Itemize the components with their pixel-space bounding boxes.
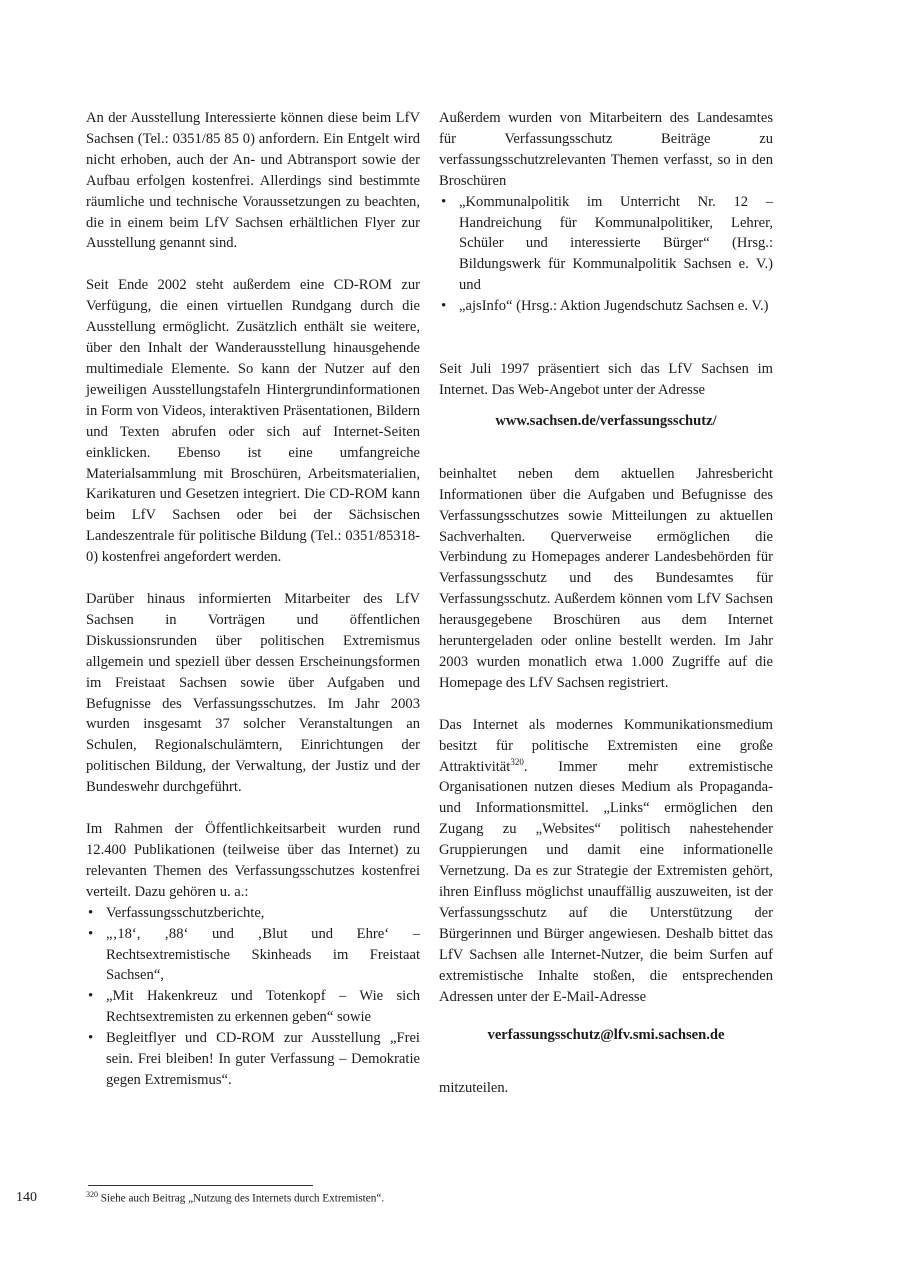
publications-list: Verfassungsschutzberichte, „‚18‘, ‚88‘ u… xyxy=(86,903,420,1091)
paragraph-text: . Immer mehr extremistische Organisation… xyxy=(439,759,773,1005)
paragraph-publications: Im Rahmen der Öffentlichkeitsarbeit wurd… xyxy=(86,819,420,903)
page-number: 140 xyxy=(16,1190,37,1206)
footnote-number: 320 xyxy=(86,1190,98,1199)
paragraph-internet-extremism: Das Internet als modernes Kommunikations… xyxy=(439,715,773,1008)
footnote-divider xyxy=(88,1185,313,1186)
list-item: „ajsInfo“ (Hrsg.: Aktion Jugendschutz Sa… xyxy=(439,296,773,317)
paragraph-cd-rom: Seit Ende 2002 steht außerdem eine CD-RO… xyxy=(86,275,420,568)
left-column: An der Ausstellung Interessierte können … xyxy=(86,108,420,1112)
paragraph-lectures: Darüber hinaus informierten Mitarbeiter … xyxy=(86,589,420,798)
paragraph-contributions: Außerdem wurden von Mitarbeitern des Lan… xyxy=(439,108,773,192)
right-column: Außerdem wurden von Mitarbeitern des Lan… xyxy=(439,108,773,1120)
web-address-link[interactable]: www.sachsen.de/verfassungsschutz/ xyxy=(439,411,773,432)
list-item: „Mit Hakenkreuz und Totenkopf – Wie sich… xyxy=(86,986,420,1028)
paragraph-internet-presence: Seit Juli 1997 präsentiert sich das LfV … xyxy=(439,359,773,401)
list-item: „Kommunalpolitik im Unterricht Nr. 12 – … xyxy=(439,192,773,297)
paragraph-web-content: beinhaltet neben dem aktuellen Jahresber… xyxy=(439,464,773,694)
paragraph-exhibition-request: An der Ausstellung Interessierte können … xyxy=(86,108,420,254)
paragraph-closing: mitzuteilen. xyxy=(439,1078,773,1099)
list-item: „‚18‘, ‚88‘ und ‚Blut und Ehre‘ – Rechts… xyxy=(86,924,420,987)
email-address-link[interactable]: verfassungsschutz@lfv.smi.sachsen.de xyxy=(439,1025,773,1046)
list-item: Begleitflyer und CD-ROM zur Ausstellung … xyxy=(86,1028,420,1091)
footnote-text: Siehe auch Beitrag „Nutzung des Internet… xyxy=(98,1193,384,1205)
footnote: 320 Siehe auch Beitrag „Nutzung des Inte… xyxy=(86,1190,384,1205)
footnote-reference[interactable]: 320 xyxy=(510,757,524,767)
list-item: Verfassungsschutzberichte, xyxy=(86,903,420,924)
brochures-list: „Kommunalpolitik im Unterricht Nr. 12 – … xyxy=(439,192,773,317)
